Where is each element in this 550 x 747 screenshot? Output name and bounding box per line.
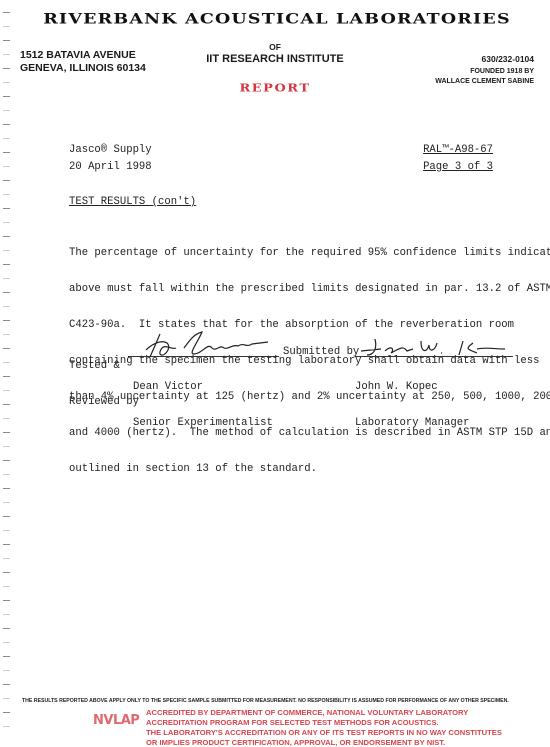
of-label: OF [0, 42, 550, 52]
margin-tick [3, 194, 10, 195]
margin-tick [3, 502, 10, 503]
report-title: REPORT [0, 82, 550, 95]
margin-tick [3, 432, 10, 433]
margin-tick [3, 40, 10, 41]
margin-tick [3, 544, 10, 545]
margin-tick [3, 278, 10, 279]
tester-block: Dean Victor Senior Experimentalist [133, 357, 273, 441]
margin-tick [3, 166, 10, 167]
nvlap-logo: NVLAP [93, 713, 139, 728]
margin-tick [3, 698, 10, 699]
margin-tick [3, 572, 10, 573]
submitter-signature [355, 335, 515, 359]
margin-tick [3, 600, 10, 601]
margin-tick [3, 530, 10, 531]
body-line: The percentage of uncertainty for the re… [69, 247, 550, 259]
submitter-title: Laboratory Manager [355, 417, 469, 429]
section-heading: TEST RESULTS (con't) [69, 196, 196, 208]
margin-tick [3, 96, 10, 97]
margin-tick [3, 656, 10, 657]
report-date: 20 April 1998 [69, 161, 152, 173]
margin-tick [3, 292, 10, 293]
margin-tick [3, 642, 10, 643]
accreditation-line: THE LABORATORY'S ACCREDITATION OR ANY OF… [146, 728, 502, 738]
margin-tick [3, 418, 10, 419]
margin-tick [3, 334, 10, 335]
margin-tick [3, 236, 10, 237]
margin-tick [3, 306, 10, 307]
margin-tick [3, 362, 10, 363]
margin-tick [3, 376, 10, 377]
accreditation-statement: ACCREDITED BY DEPARTMENT OF COMMERCE, NA… [146, 708, 502, 747]
disclaimer: THE RESULTS REPORTED ABOVE APPLY ONLY TO… [22, 698, 509, 704]
margin-tick [3, 250, 10, 251]
margin-tick [3, 488, 10, 489]
margin-tick [3, 684, 10, 685]
phone-number: 630/232-0104 [482, 54, 534, 64]
margin-tick [3, 110, 10, 111]
margin-tick [3, 726, 10, 727]
client-name: Jasco® Supply [69, 144, 152, 156]
tested-label-line-1: Tested & [69, 360, 139, 372]
margin-tick [3, 152, 10, 153]
tester-name: Dean Victor [133, 381, 273, 393]
margin-tick [3, 712, 10, 713]
margin-tick [3, 68, 10, 69]
submitter-name: John W. Kopec [355, 381, 469, 393]
margin-tick [3, 460, 10, 461]
tester-signature [128, 328, 280, 360]
founded-line-1: FOUNDED 1918 BY [435, 67, 534, 77]
margin-tick [3, 348, 10, 349]
margin-tick [3, 670, 10, 671]
accreditation-line: OR IMPLIES PRODUCT CERTIFICATION, APPROV… [146, 738, 502, 747]
margin-tick [3, 628, 10, 629]
margin-tick [3, 264, 10, 265]
report-number: RAL™-A98-67 [423, 144, 493, 156]
margin-tick [3, 390, 10, 391]
margin-tick [3, 124, 10, 125]
tested-label-line-2: Reviewed by [69, 396, 139, 408]
body-line: outlined in section 13 of the standard. [69, 463, 550, 475]
margin-tick [3, 446, 10, 447]
margin-tick [3, 222, 10, 223]
page-indicator: Page 3 of 3 [423, 161, 493, 173]
margin-tick [3, 208, 10, 209]
margin-tick [3, 586, 10, 587]
margin-tick [3, 320, 10, 321]
submitted-label: Submitted by [283, 346, 359, 358]
tester-title: Senior Experimentalist [133, 417, 273, 429]
accreditation-line: ACCREDITATION PROGRAM FOR SELECTED TEST … [146, 718, 502, 728]
margin-tick [3, 404, 10, 405]
margin-tick [3, 516, 10, 517]
accreditation-line: ACCREDITED BY DEPARTMENT OF COMMERCE, NA… [146, 708, 502, 718]
margin-tick [3, 180, 10, 181]
submitter-block: John W. Kopec Laboratory Manager [355, 357, 469, 441]
margin-tick [3, 558, 10, 559]
margin-tick [3, 614, 10, 615]
margin-tick [3, 474, 10, 475]
institute-name: IIT RESEARCH INSTITUTE [0, 53, 550, 65]
body-line: above must fall within the prescribed li… [69, 283, 550, 295]
margin-tick [3, 138, 10, 139]
company-name: RIVERBANK ACOUSTICAL LABORATORIES [4, 12, 550, 28]
